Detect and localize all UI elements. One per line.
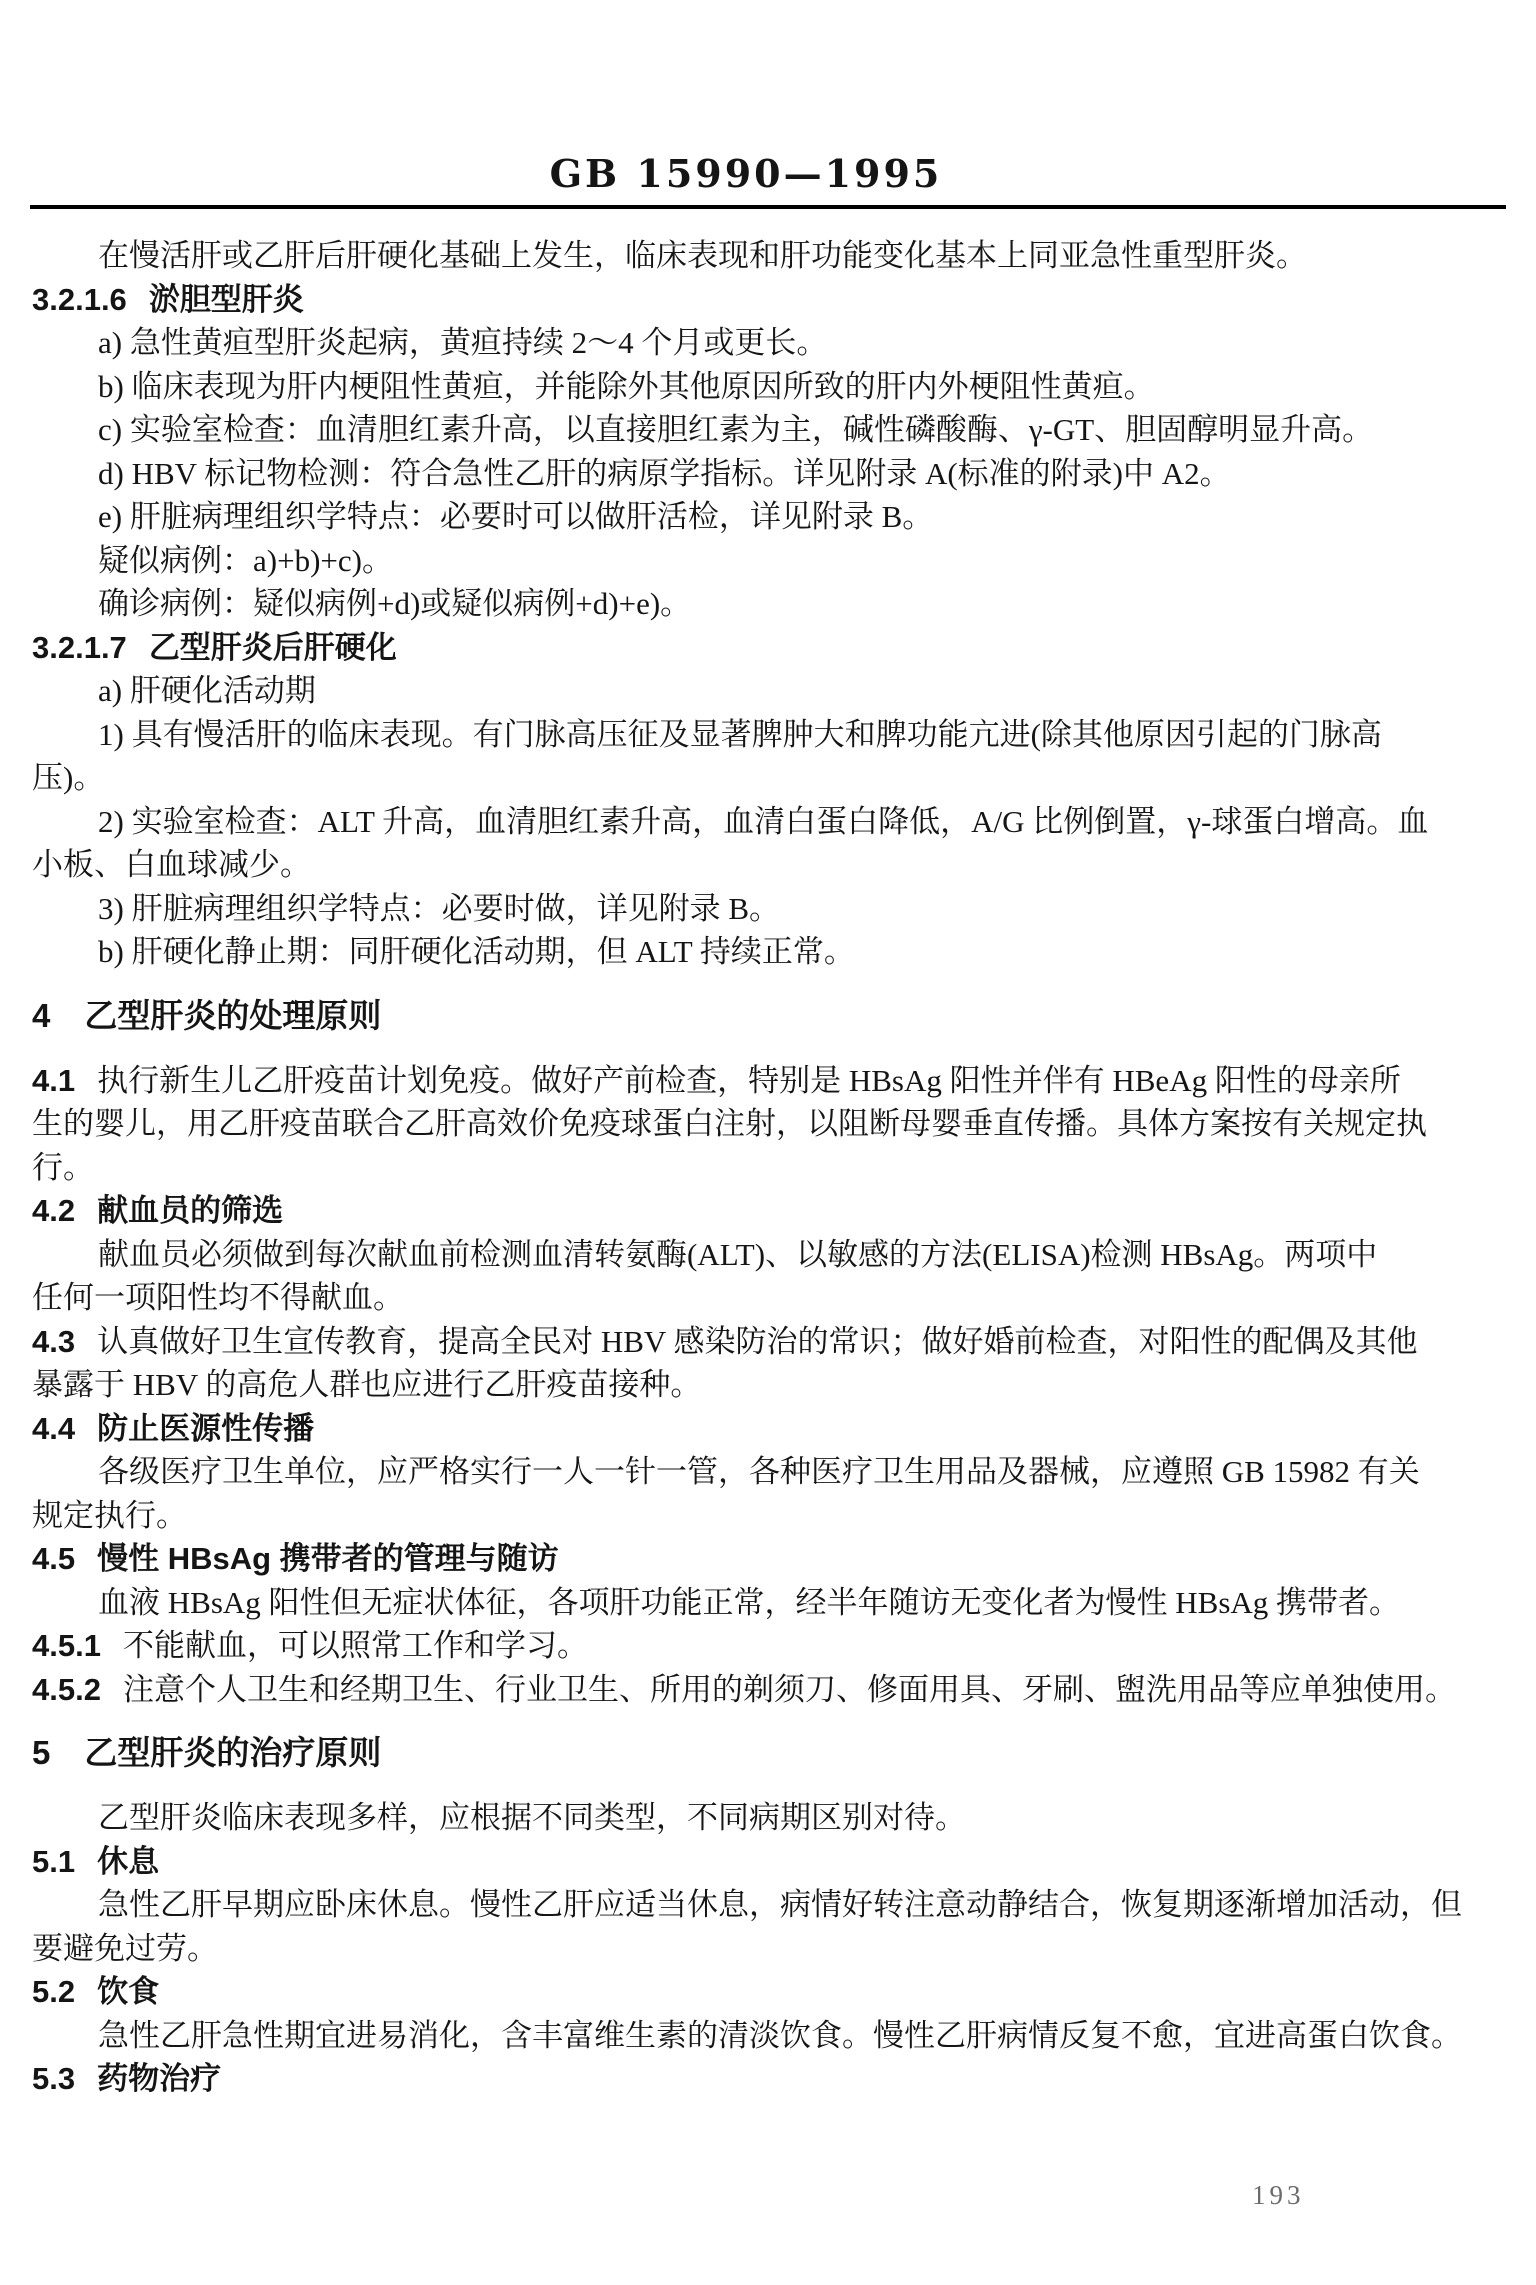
- document-page: GB 15990—1995 在慢活肝或乙肝后肝硬化基础上发生，临床表现和肝功能变…: [0, 0, 1536, 2285]
- line-text: 乙型肝炎后肝硬化: [149, 630, 397, 665]
- clause-paragraph-line: 4.1执行新生儿乙肝疫苗计划免疫。做好产前检查，特别是 HBsAg 阳性并伴有 …: [32, 1059, 1504, 1103]
- text-line: 献血员必须做到每次献血前检测血清转氨酶(ALT)、以敏感的方法(ELISA)检测…: [32, 1233, 1504, 1277]
- clause-number: 4.5.1: [32, 1628, 101, 1663]
- line-text: 注意个人卫生和经期卫生、行业卫生、所用的剃须刀、修面用具、牙刷、盥洗用品等应单独…: [123, 1672, 1456, 1707]
- clause-heading: 5.1休息: [32, 1840, 1504, 1884]
- text-line: 要避免过劳。: [32, 1927, 1504, 1971]
- clause-heading: 3.2.1.6淤胆型肝炎: [32, 278, 1504, 322]
- line-text: c) 实验室检查：血清胆红素升高，以直接胆红素为主，碱性磷酸酶、γ-GT、胆固醇…: [98, 412, 1373, 447]
- clause-heading: 4.4防止医源性传播: [32, 1407, 1504, 1451]
- clause-number: 5: [32, 1734, 50, 1771]
- clause-paragraph-line: 4.3认真做好卫生宣传教育，提高全民对 HBV 感染防治的常识；做好婚前检查，对…: [32, 1320, 1504, 1364]
- line-text: 急性乙肝急性期宜进易消化，含丰富维生素的清淡饮食。慢性乙肝病情反复不愈，宜进高蛋…: [98, 2018, 1462, 2053]
- line-text: 休息: [97, 1844, 159, 1879]
- clause-number: 4.1: [32, 1063, 75, 1098]
- text-line: 2) 实验室检查：ALT 升高，血清胆红素升高，血清白蛋白降低，A/G 比例倒置…: [32, 800, 1504, 844]
- line-text: 压)。: [32, 760, 104, 795]
- line-text: 疑似病例：a)+b)+c)。: [98, 543, 393, 578]
- text-line: 1) 具有慢活肝的临床表现。有门脉高压征及显著脾肿大和脾功能亢进(除其他原因引起…: [32, 713, 1504, 757]
- clause-heading: 3.2.1.7乙型肝炎后肝硬化: [32, 626, 1504, 670]
- text-line: d) HBV 标记物检测：符合急性乙肝的病原学指标。详见附录 A(标准的附录)中…: [32, 452, 1504, 496]
- line-text: 献血员必须做到每次献血前检测血清转氨酶(ALT)、以敏感的方法(ELISA)检测…: [98, 1237, 1377, 1272]
- clause-heading: 5.2饮食: [32, 1970, 1504, 2014]
- line-text: 献血员的筛选: [97, 1193, 283, 1228]
- line-text: 1) 具有慢活肝的临床表现。有门脉高压征及显著脾肿大和脾功能亢进(除其他原因引起…: [98, 717, 1382, 752]
- line-text: 乙型肝炎的治疗原则: [84, 1734, 381, 1771]
- clause-number: 4.3: [32, 1324, 75, 1359]
- text-line: 确诊病例：疑似病例+d)或疑似病例+d)+e)。: [32, 582, 1504, 626]
- text-line: b) 临床表现为肝内梗阻性黄疸，并能除外其他原因所致的肝内外梗阻性黄疸。: [32, 365, 1504, 409]
- line-text: 各级医疗卫生单位，应严格实行一人一针一管，各种医疗卫生用品及器械，应遵照 GB …: [98, 1454, 1420, 1489]
- line-text: 3) 肝脏病理组织学特点：必要时做，详见附录 B。: [98, 891, 780, 926]
- line-text: a) 急性黄疸型肝炎起病，黄疸持续 2～4 个月或更长。: [98, 325, 827, 360]
- chapter-heading: 5乙型肝炎的治疗原则: [32, 1730, 1504, 1775]
- text-line: a) 肝硬化活动期: [32, 669, 1504, 713]
- clause-number: 5.1: [32, 1844, 75, 1879]
- text-line: 3) 肝脏病理组织学特点：必要时做，详见附录 B。: [32, 887, 1504, 931]
- line-text: 乙型肝炎临床表现多样，应根据不同类型，不同病期区别对待。: [98, 1800, 966, 1835]
- line-text: 在慢活肝或乙肝后肝硬化基础上发生，临床表现和肝功能变化基本上同亚急性重型肝炎。: [98, 238, 1307, 273]
- clause-number: 3.2.1.6: [32, 282, 127, 317]
- text-line: 急性乙肝早期应卧床休息。慢性乙肝应适当休息，病情好转注意动静结合，恢复期逐渐增加…: [32, 1883, 1504, 1927]
- clause-paragraph-line: 4.5.1不能献血，可以照常工作和学习。: [32, 1624, 1504, 1668]
- text-line: 行。: [32, 1146, 1504, 1190]
- line-text: 防止医源性传播: [97, 1411, 314, 1446]
- line-text: b) 肝硬化静止期：同肝硬化活动期，但 ALT 持续正常。: [98, 934, 855, 969]
- line-text: 淤胆型肝炎: [149, 282, 304, 317]
- page-number: 193: [1252, 2180, 1305, 2211]
- line-text: 执行新生儿乙肝疫苗计划免疫。做好产前检查，特别是 HBsAg 阳性并伴有 HBe…: [97, 1063, 1401, 1098]
- line-text: 2) 实验室检查：ALT 升高，血清胆红素升高，血清白蛋白降低，A/G 比例倒置…: [98, 804, 1428, 839]
- clause-number: 4.5: [32, 1541, 75, 1576]
- clause-number: 4.2: [32, 1193, 75, 1228]
- line-text: 不能献血，可以照常工作和学习。: [123, 1628, 588, 1663]
- line-text: 饮食: [97, 1974, 159, 2009]
- document-body: 在慢活肝或乙肝后肝硬化基础上发生，临床表现和肝功能变化基本上同亚急性重型肝炎。3…: [0, 209, 1536, 2101]
- line-text: 认真做好卫生宣传教育，提高全民对 HBV 感染防治的常识；做好婚前检查，对阳性的…: [97, 1324, 1417, 1359]
- text-line: 生的婴儿，用乙肝疫苗联合乙肝高效价免疫球蛋白注射，以阻断母婴垂直传播。具体方案按…: [32, 1102, 1504, 1146]
- text-line: 乙型肝炎临床表现多样，应根据不同类型，不同病期区别对待。: [32, 1796, 1504, 1840]
- clause-number: 4.4: [32, 1411, 75, 1446]
- line-text: d) HBV 标记物检测：符合急性乙肝的病原学指标。详见附录 A(标准的附录)中…: [98, 456, 1231, 491]
- text-line: e) 肝脏病理组织学特点：必要时可以做肝活检，详见附录 B。: [32, 495, 1504, 539]
- line-text: e) 肝脏病理组织学特点：必要时可以做肝活检，详见附录 B。: [98, 499, 933, 534]
- clause-heading: 4.5慢性 HBsAg 携带者的管理与随访: [32, 1537, 1504, 1581]
- text-line: 暴露于 HBV 的高危人群也应进行乙肝疫苗接种。: [32, 1363, 1504, 1407]
- document-lines: 在慢活肝或乙肝后肝硬化基础上发生，临床表现和肝功能变化基本上同亚急性重型肝炎。3…: [32, 234, 1504, 2101]
- text-line: 疑似病例：a)+b)+c)。: [32, 539, 1504, 583]
- text-line: 规定执行。: [32, 1494, 1504, 1538]
- line-text: 小板、白血球减少。: [32, 847, 311, 882]
- clause-number: 4: [32, 997, 50, 1034]
- line-text: a) 肝硬化活动期: [98, 673, 316, 708]
- standard-number-header: GB 15990—1995: [0, 0, 1514, 196]
- line-text: 乙型肝炎的处理原则: [84, 997, 381, 1034]
- text-line: 急性乙肝急性期宜进易消化，含丰富维生素的清淡饮食。慢性乙肝病情反复不愈，宜进高蛋…: [32, 2014, 1504, 2058]
- line-text: 急性乙肝早期应卧床休息。慢性乙肝应适当休息，病情好转注意动静结合，恢复期逐渐增加…: [98, 1887, 1462, 1922]
- text-line: 小板、白血球减少。: [32, 843, 1504, 887]
- text-line: 血液 HBsAg 阳性但无症状体征，各项肝功能正常，经半年随访无变化者为慢性 H…: [32, 1581, 1504, 1625]
- line-text: 生的婴儿，用乙肝疫苗联合乙肝高效价免疫球蛋白注射，以阻断母婴垂直传播。具体方案按…: [32, 1106, 1427, 1141]
- line-text: 行。: [32, 1150, 94, 1185]
- text-line: 在慢活肝或乙肝后肝硬化基础上发生，临床表现和肝功能变化基本上同亚急性重型肝炎。: [32, 234, 1504, 278]
- text-line: c) 实验室检查：血清胆红素升高，以直接胆红素为主，碱性磷酸酶、γ-GT、胆固醇…: [32, 408, 1504, 452]
- line-text: 药物治疗: [97, 2061, 221, 2096]
- line-text: 暴露于 HBV 的高危人群也应进行乙肝疫苗接种。: [32, 1367, 701, 1402]
- clause-number: 4.5.2: [32, 1672, 101, 1707]
- text-line: 各级医疗卫生单位，应严格实行一人一针一管，各种医疗卫生用品及器械，应遵照 GB …: [32, 1450, 1504, 1494]
- text-line: b) 肝硬化静止期：同肝硬化活动期，但 ALT 持续正常。: [32, 930, 1504, 974]
- line-text: 任何一项阳性均不得献血。: [32, 1280, 404, 1315]
- chapter-heading: 4乙型肝炎的处理原则: [32, 993, 1504, 1038]
- clause-number: 5.3: [32, 2061, 75, 2096]
- line-text: 规定执行。: [32, 1498, 187, 1533]
- line-text: 慢性 HBsAg 携带者的管理与随访: [97, 1541, 559, 1576]
- text-line: 压)。: [32, 756, 1504, 800]
- clause-number: 3.2.1.7: [32, 630, 127, 665]
- line-text: 确诊病例：疑似病例+d)或疑似病例+d)+e)。: [98, 586, 691, 621]
- clause-paragraph-line: 4.5.2注意个人卫生和经期卫生、行业卫生、所用的剃须刀、修面用具、牙刷、盥洗用…: [32, 1668, 1504, 1712]
- line-text: 血液 HBsAg 阳性但无症状体征，各项肝功能正常，经半年随访无变化者为慢性 H…: [98, 1585, 1400, 1620]
- text-line: 任何一项阳性均不得献血。: [32, 1276, 1504, 1320]
- clause-heading: 4.2献血员的筛选: [32, 1189, 1504, 1233]
- clause-heading: 5.3药物治疗: [32, 2057, 1504, 2101]
- text-line: a) 急性黄疸型肝炎起病，黄疸持续 2～4 个月或更长。: [32, 321, 1504, 365]
- line-text: 要避免过劳。: [32, 1931, 218, 1966]
- line-text: b) 临床表现为肝内梗阻性黄疸，并能除外其他原因所致的肝内外梗阻性黄疸。: [98, 369, 1155, 404]
- clause-number: 5.2: [32, 1974, 75, 2009]
